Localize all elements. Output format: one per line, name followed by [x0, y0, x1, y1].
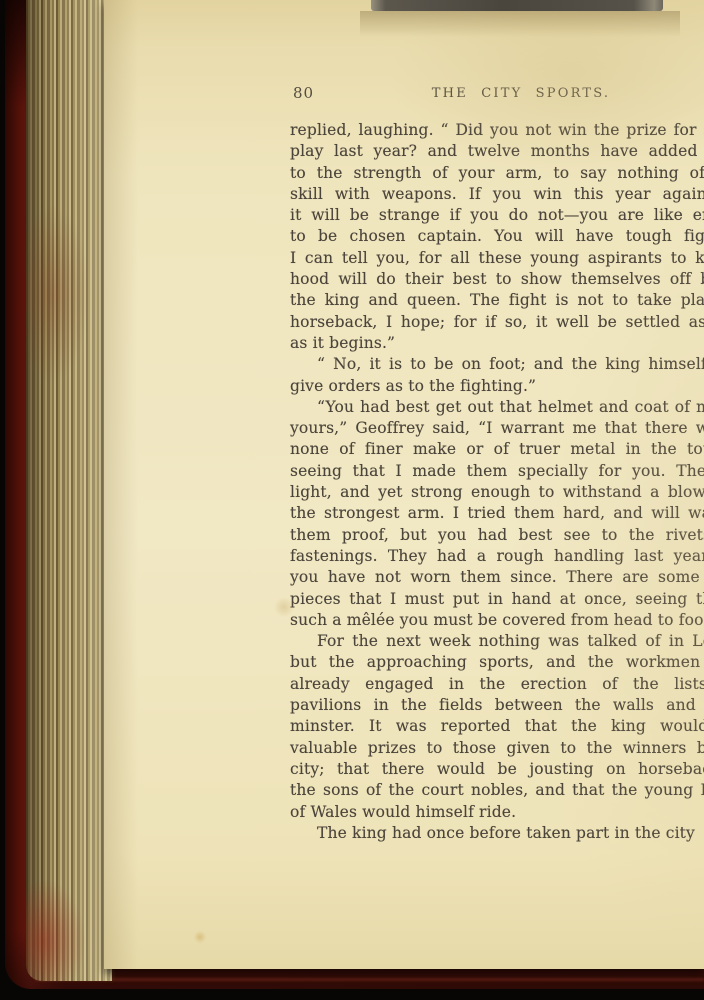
- text-line: but the approaching sports, and the work…: [290, 652, 704, 673]
- text-line: replied, laughing. “ Did you not win the…: [290, 120, 704, 141]
- body-text: replied, laughing. “ Did you not win the…: [290, 120, 704, 844]
- text-line: valuable prizes to those given to the wi…: [290, 738, 704, 759]
- text-line: already engaged in the erection of the l…: [290, 674, 704, 695]
- text-line: them proof, but you had best see to the …: [290, 525, 704, 546]
- text-line: to the strength of your arm, to say noth…: [290, 163, 704, 184]
- page-number: 80: [293, 84, 314, 102]
- paragraph-4: For the next week nothing was talked of …: [290, 631, 704, 823]
- photographed-book-scene: 80 THE CITY SPORTS. replied, laughing. “…: [0, 0, 704, 1000]
- paragraph-3: “You had best get out that helmet and co…: [290, 397, 704, 631]
- text-line: I can tell you, for all these young aspi…: [290, 248, 704, 269]
- text-line: the king and queen. The fight is not to …: [290, 290, 704, 311]
- text-line: For the next week nothing was talked of …: [290, 631, 704, 652]
- text-line: pieces that I must put in hand at once, …: [290, 589, 704, 610]
- text-line: fastenings. They had a rough handling la…: [290, 546, 704, 567]
- page-edge-stack: [26, 0, 112, 981]
- text-line: as it begins.”: [290, 333, 704, 354]
- text-line: pavilions in the fields between the wall…: [290, 695, 704, 716]
- text-line: to be chosen captain. You will have toug…: [290, 226, 704, 247]
- running-head: 80 THE CITY SPORTS.: [290, 83, 704, 105]
- text-line: such a mêlée you must be covered from he…: [290, 610, 704, 631]
- text-line: city; that there would be jousting on ho…: [290, 759, 704, 780]
- text-line: horseback, I hope; for if so, it well be…: [290, 312, 704, 333]
- text-line: the sons of the court nobles, and that t…: [290, 780, 704, 801]
- paragraph-1: replied, laughing. “ Did you not win the…: [290, 120, 704, 354]
- text-line: yours,” Geoffrey said, “I warrant me tha…: [290, 418, 704, 439]
- paragraph-5: The king had once before taken part in t…: [290, 823, 704, 844]
- book-page: 80 THE CITY SPORTS. replied, laughing. “…: [104, 0, 704, 969]
- text-line: the strongest arm. I tried them hard, an…: [290, 503, 704, 524]
- text-line: of Wales would himself ride.: [290, 802, 704, 823]
- text-line: play last year? and twelve months have a…: [290, 141, 704, 162]
- text-line: “You had best get out that helmet and co…: [290, 397, 704, 418]
- text-line: minster. It was reported that the king w…: [290, 716, 704, 737]
- text-line: skill with weapons. If you win this year…: [290, 184, 704, 205]
- text-line: give orders as to the fighting.”: [290, 376, 704, 397]
- text-line: “ No, it is to be on foot; and the king …: [290, 354, 704, 375]
- chapter-header: THE CITY SPORTS.: [290, 83, 704, 101]
- text-line: it will be strange if you do not—you are…: [290, 205, 704, 226]
- text-line: none of finer make or of truer metal in …: [290, 439, 704, 460]
- text-line: The king had once before taken part in t…: [290, 823, 704, 844]
- text-line: seeing that I made them specially for yo…: [290, 461, 704, 482]
- text-line: hood will do their best to show themselv…: [290, 269, 704, 290]
- paragraph-2: “ No, it is to be on foot; and the king …: [290, 354, 704, 397]
- text-line: light, and yet strong enough to withstan…: [290, 482, 704, 503]
- top-page-gap: [371, 0, 663, 11]
- text-line: you have not worn them since. There are …: [290, 567, 704, 588]
